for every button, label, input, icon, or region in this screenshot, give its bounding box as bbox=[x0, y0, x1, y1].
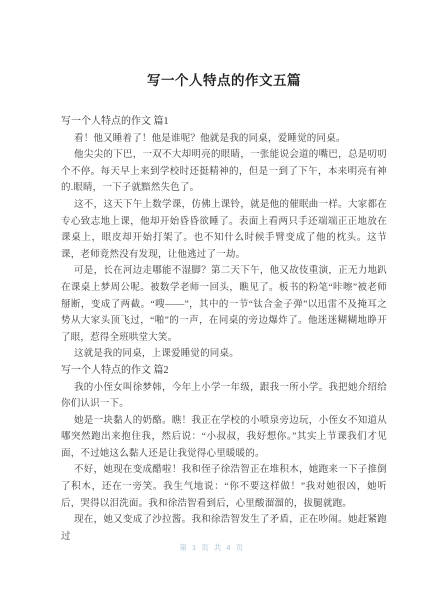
page-number-footer: 第 1 页 共 4 页 bbox=[0, 542, 424, 553]
document-sections: 写一个人特点的作文 篇1看！他又睡着了！他是谁呢？他就是我的同桌，爱睡觉的同桌。… bbox=[61, 114, 387, 545]
paragraph: 我的小侄女叫徐梦韩，今年上小学一年级，跟我一所小学。我把她介绍给你们认识一下。 bbox=[61, 380, 387, 413]
paragraph: 现在，她又变成了沙拉酱。我和徐浩智发生了矛盾，正在吵闹。她赶紧跑过 bbox=[61, 512, 387, 545]
paragraph: 这不，这天下午上数学课，仿佛上课铃，就是他的催眠曲一样。大家都在专心致志地上课，… bbox=[61, 197, 387, 263]
section-heading: 写一个人特点的作文 篇2 bbox=[61, 363, 387, 380]
paragraph: 他尖尖的下巴，一双不大却明亮的眼睛，一张能说会道的嘴巴，总是叨叨个不停。每天早上… bbox=[61, 147, 387, 197]
document-title: 写一个人特点的作文五篇 bbox=[61, 72, 387, 90]
paragraph: 这就是我的同桌，上课爱睡觉的同桌。 bbox=[61, 346, 387, 363]
paragraph: 不好，她现在变成醋啦！我和侄子徐浩智正在堆积木，她跑来一下子推倒了积木，还在一旁… bbox=[61, 462, 387, 512]
paragraph: 看！他又睡着了！他是谁呢？他就是我的同桌，爱睡觉的同桌。 bbox=[61, 131, 387, 148]
paragraph: 可是，长在河边走哪能不湿脚？第二天下午，他又故伎重演，正无力地趴在课桌上梦周公呢… bbox=[61, 263, 387, 346]
section-heading: 写一个人特点的作文 篇1 bbox=[61, 114, 387, 131]
document-body: 写一个人特点的作文五篇 写一个人特点的作文 篇1看！他又睡着了！他是谁呢？他就是… bbox=[61, 72, 387, 545]
document-page: 写一个人特点的作文五篇 写一个人特点的作文 篇1看！他又睡着了！他是谁呢？他就是… bbox=[0, 0, 424, 600]
paragraph: 她是一块黏人的奶酪。瞧！我正在学校的小喷泉旁边玩，小侄女不知道从哪突然跑出来抱住… bbox=[61, 413, 387, 463]
